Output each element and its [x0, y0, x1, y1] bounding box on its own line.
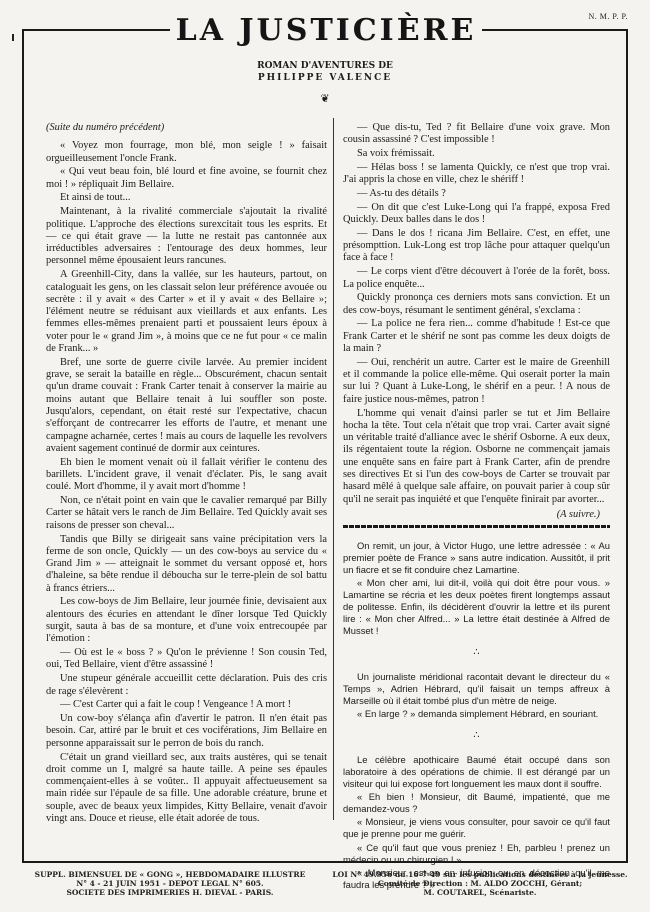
paragraph: — Dans le dos ! ricana Jim Bellaire. C'e… — [343, 228, 610, 265]
right-paragraphs: — Que dis-tu, Ted ? fit Bellaire d'une v… — [343, 122, 610, 506]
anecdotes-section: On remit, un jour, à Victor Hugo, une le… — [343, 540, 610, 891]
frame-top-rule-right — [482, 29, 628, 31]
paragraph: — Hélas boss ! se lamenta Quickly, ce n'… — [343, 162, 610, 187]
paragraph: « Ce qu'il faut que vous preniez ! Eh, p… — [343, 842, 610, 866]
footer-line: Comité de Direction : M. ALDO ZOCCHI, Gé… — [330, 879, 630, 888]
paragraph: « Qui veut beau foin, blé lourd et fine … — [46, 166, 327, 191]
paragraph: — Que dis-tu, Ted ? fit Bellaire d'une v… — [343, 122, 610, 147]
column-divider — [333, 118, 334, 820]
footer-line: SOCIETE DES IMPRIMERIES H. DIEVAL - PARI… — [20, 888, 320, 897]
paragraph: « En large ? » demanda simplement Hébrar… — [343, 708, 610, 720]
paragraph: Quickly prononça ces derniers mots sans … — [343, 292, 610, 317]
footer-line: SUPPL. BIMENSUEL DE « GONG », HEBDOMADAI… — [20, 870, 320, 879]
subtitle: ROMAN D'AVENTURES DE — [0, 60, 650, 72]
footer-line: N° 4 - 21 JUIN 1951 - DEPOT LEGAL N° 605… — [20, 879, 320, 888]
paragraph: Un cow-boy s'élança afin d'avertir le pa… — [46, 713, 327, 750]
subtitle-block: ROMAN D'AVENTURES DE PHILIPPE VALENCE — [0, 60, 650, 84]
asterism-separator-icon: ∴ — [343, 730, 610, 742]
paragraph: Eh bien le moment venait où il fallait v… — [46, 457, 327, 494]
anecdote: On remit, un jour, à Victor Hugo, une le… — [343, 540, 610, 637]
paragraph: Non, ce n'était point en vain que le cav… — [46, 495, 327, 532]
continuation-note: (Suite du numéro précédent) — [46, 122, 327, 134]
page-title: LA JUSTICIÈRE — [170, 14, 482, 48]
paragraph: L'homme qui venait d'ainsi parler se tut… — [343, 408, 610, 506]
paragraph: — Où est le « boss ? » Qu'on le prévienn… — [46, 647, 327, 672]
paragraph: Tandis que Billy se dirigeait sans vaine… — [46, 534, 327, 595]
paragraph: On remit, un jour, à Victor Hugo, une le… — [343, 540, 610, 576]
left-column: (Suite du numéro précédent) « Voyez mon … — [46, 122, 327, 827]
paragraph: C'était un grand vieillard sec, aux trai… — [46, 752, 327, 826]
footer-publication-info: SUPPL. BIMENSUEL DE « GONG », HEBDOMADAI… — [20, 870, 320, 897]
section-divider — [343, 525, 610, 528]
paragraph: — La police ne fera rien... comme d'habi… — [343, 318, 610, 355]
paragraph: A Greenhill-City, dans la vallée, sur le… — [46, 269, 327, 355]
paragraph: — As-tu des détails ? — [343, 188, 610, 200]
author-name: PHILIPPE VALENCE — [0, 72, 650, 84]
paragraph: Une stupeur générale accueillit cette dé… — [46, 673, 327, 698]
paragraph: — Le corps vient d'être découvert à l'or… — [343, 266, 610, 291]
footer-legal-info: LOI N° 49.956 du 16-7-49 sur les publica… — [330, 870, 630, 897]
paragraph: — On dit que c'est Luke-Long qui l'a fra… — [343, 202, 610, 227]
paragraph: Sa voix frémissait. — [343, 148, 610, 160]
left-paragraphs: « Voyez mon fourrage, mon blé, mon seigl… — [46, 140, 327, 825]
asterism-separator-icon: ∴ — [343, 647, 610, 659]
ornament-icon: ❦ — [315, 92, 335, 105]
paragraph: Maintenant, à la rivalité commerciale s'… — [46, 206, 327, 267]
paragraph: Les cow-boys de Jim Bellaire, leur journ… — [46, 596, 327, 645]
frame-top-rule-left — [22, 29, 170, 31]
distributor-code: N. M. P. P. — [588, 12, 628, 21]
paragraph: « Eh bien ! Monsieur, dit Baumé, impatie… — [343, 791, 610, 815]
anecdote: Un journaliste méridional racontait deva… — [343, 671, 610, 720]
paragraph: Un journaliste méridional racontait deva… — [343, 671, 610, 707]
paragraph: Bref, une sorte de guerre civile larvée.… — [46, 357, 327, 455]
to-be-continued: (A suivre.) — [343, 509, 600, 521]
paragraph: — Oui, renchérit un autre. Carter est le… — [343, 357, 610, 406]
paragraph: Et ainsi de tout... — [46, 192, 327, 204]
paragraph: — C'est Carter qui a fait le coup ! Veng… — [46, 699, 327, 711]
paragraph: Le célèbre apothicaire Baumé était occup… — [343, 754, 610, 790]
paragraph: « Monsieur, je viens vous consulter, pou… — [343, 816, 610, 840]
margin-mark — [12, 34, 14, 41]
paragraph: « Mon cher ami, lui dit-il, voilà qui do… — [343, 577, 610, 637]
right-column: — Que dis-tu, Ted ? fit Bellaire d'une v… — [343, 122, 610, 892]
footer-line: LOI N° 49.956 du 16-7-49 sur les publica… — [330, 870, 630, 879]
footer-line: M. COUTAREL, Scénariste. — [330, 888, 630, 897]
paragraph: « Voyez mon fourrage, mon blé, mon seigl… — [46, 140, 327, 165]
